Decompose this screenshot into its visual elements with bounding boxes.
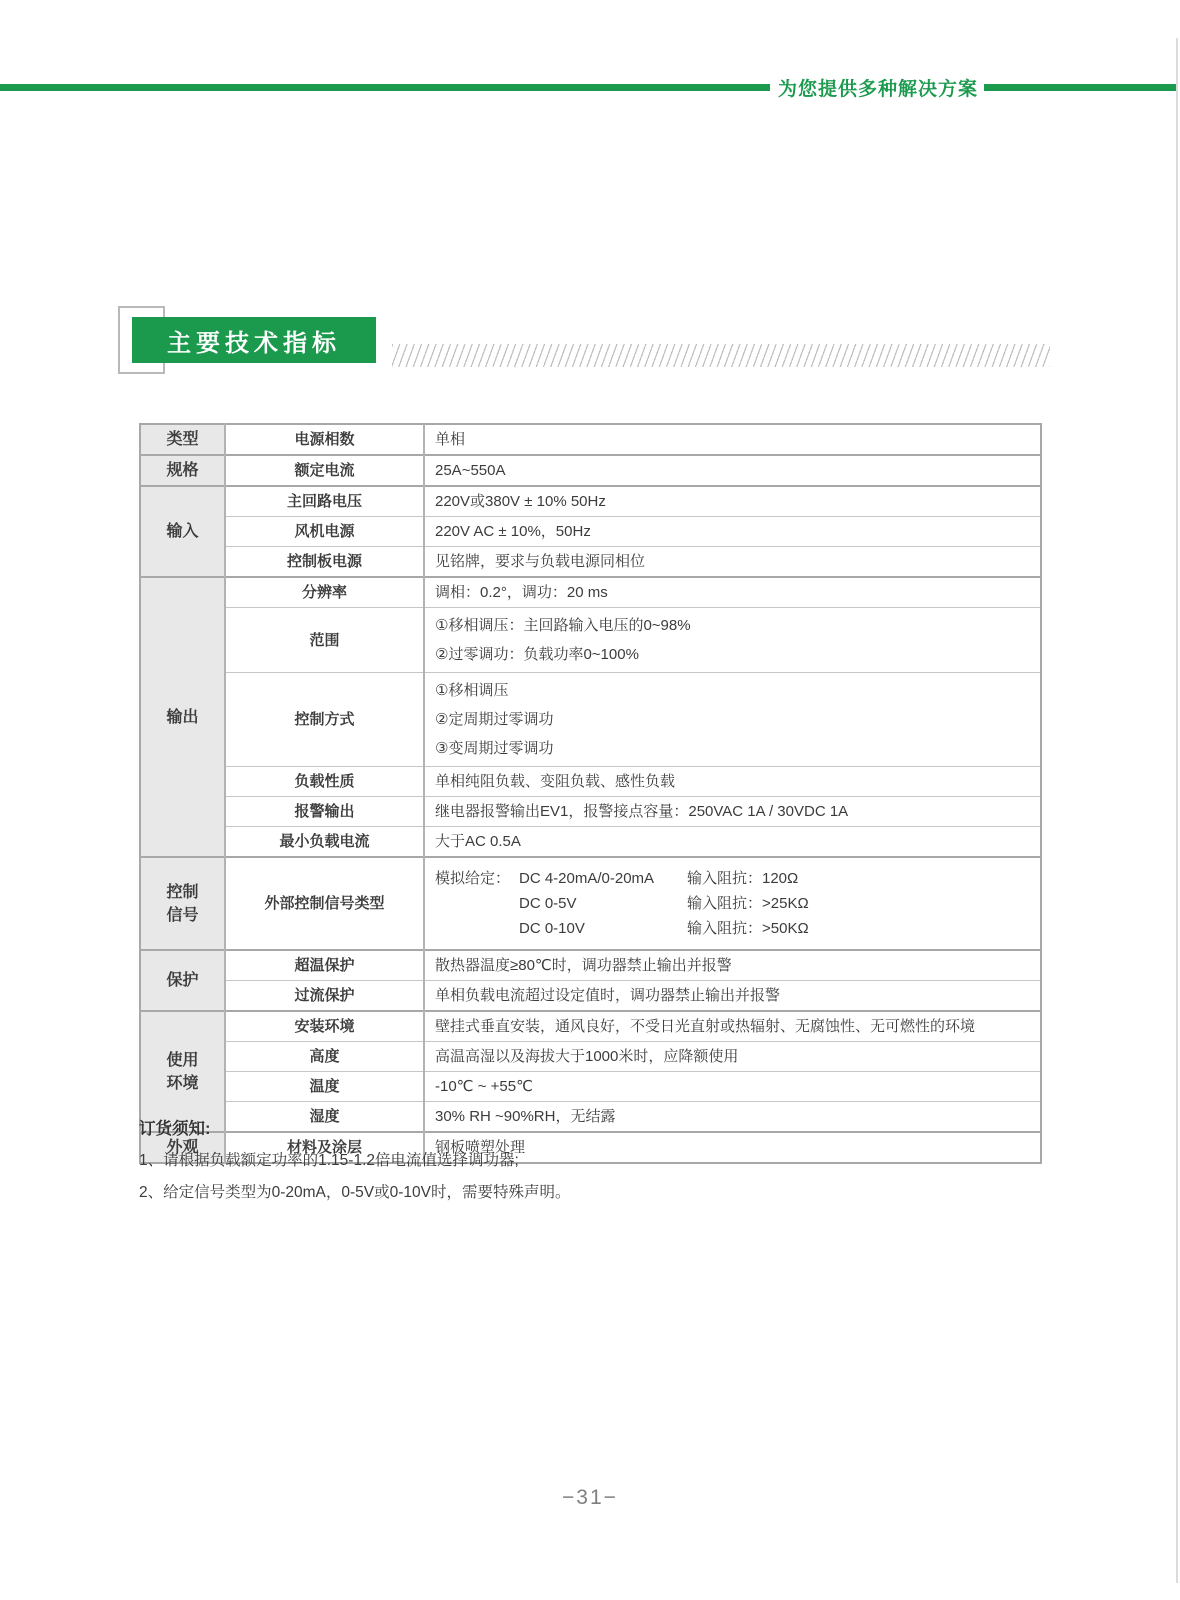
spec-row: 输入主回路电压220V或380V ± 10% 50Hz [140, 486, 1041, 517]
spec-row: 风机电源220V AC ± 10%，50Hz [140, 517, 1041, 547]
spec-param-cell: 超温保护 [225, 950, 424, 981]
spec-param-cell: 分辨率 [225, 577, 424, 608]
spec-param-cell: 高度 [225, 1042, 424, 1072]
spec-row: 最小负载电流大于AC 0.5A [140, 827, 1041, 858]
spec-param-cell: 报警输出 [225, 797, 424, 827]
spec-param-cell: 温度 [225, 1072, 424, 1102]
spec-param-cell: 外部控制信号类型 [225, 857, 424, 950]
spec-value-cell: 散热器温度≥80℃时，调功器禁止输出并报警 [424, 950, 1041, 981]
spec-group-cell: 输入 [140, 486, 225, 577]
spec-row: 过流保护单相负载电流超过设定值时，调功器禁止输出并报警 [140, 981, 1041, 1012]
signal-cell: 输入阻抗：>50KΩ [687, 916, 1030, 941]
spec-value-line: ②定周期过零调功 [435, 705, 1030, 734]
catalog-page: 为您提供多种解决方案 主要技术指标 类型电源相数单相规格额定电流25A~550A… [0, 0, 1180, 1600]
header-slogan: 为您提供多种解决方案 [778, 74, 978, 101]
signal-cell [435, 891, 519, 916]
spec-param-cell: 最小负载电流 [225, 827, 424, 858]
header-rule-left [0, 84, 770, 91]
spec-value-cell: 调相：0.2°，调功：20 ms [424, 577, 1041, 608]
spec-param-cell: 风机电源 [225, 517, 424, 547]
spec-value-cell: 见铭牌，要求与负载电源同相位 [424, 547, 1041, 578]
spec-param-cell: 控制方式 [225, 673, 424, 767]
spec-value-cell: 高温高湿以及海拔大于1000米时，应降额使用 [424, 1042, 1041, 1072]
signal-cell: DC 0-5V [519, 891, 687, 916]
spec-row: 范围①移相调压：主回路输入电压的0~98%②过零调功：负载功率0~100% [140, 608, 1041, 673]
spec-group-cell: 保护 [140, 950, 225, 1011]
spec-param-cell: 主回路电压 [225, 486, 424, 517]
spec-value-cell: 壁挂式垂直安装，通风良好，不受日光直射或热辐射、无腐蚀性、无可燃性的环境 [424, 1011, 1041, 1042]
header-rule-right [984, 84, 1176, 91]
spec-value-cell: 大于AC 0.5A [424, 827, 1041, 858]
spec-table-body: 类型电源相数单相规格额定电流25A~550A输入主回路电压220V或380V ±… [140, 424, 1041, 1163]
spec-param-cell: 安装环境 [225, 1011, 424, 1042]
spec-value-cell: -10℃ ~ +55℃ [424, 1072, 1041, 1102]
spec-value-line: ①移相调压：主回路输入电压的0~98% [435, 611, 1030, 640]
spec-row: 使用 环境安装环境壁挂式垂直安装，通风良好，不受日光直射或热辐射、无腐蚀性、无可… [140, 1011, 1041, 1042]
notes-title: 订货须知: [139, 1115, 1041, 1139]
spec-table: 类型电源相数单相规格额定电流25A~550A输入主回路电压220V或380V ±… [139, 423, 1042, 1164]
spec-param-cell: 负载性质 [225, 767, 424, 797]
spec-value-cell: 继电器报警输出EV1，报警接点容量：250VAC 1A / 30VDC 1A [424, 797, 1041, 827]
spec-param-cell: 电源相数 [225, 424, 424, 455]
signal-grid: 模拟给定：DC 4-20mA/0-20mA输入阻抗：120ΩDC 0-5V输入阻… [435, 861, 1030, 946]
spec-row: 控制 信号外部控制信号类型模拟给定：DC 4-20mA/0-20mA输入阻抗：1… [140, 857, 1041, 950]
spec-row: 高度高温高湿以及海拔大于1000米时，应降额使用 [140, 1042, 1041, 1072]
spec-param-cell: 过流保护 [225, 981, 424, 1012]
spec-param-cell: 控制板电源 [225, 547, 424, 578]
spec-row: 报警输出继电器报警输出EV1，报警接点容量：250VAC 1A / 30VDC … [140, 797, 1041, 827]
spec-value-cell: 单相负载电流超过设定值时，调功器禁止输出并报警 [424, 981, 1041, 1012]
spec-group-cell: 控制 信号 [140, 857, 225, 950]
spec-value-cell: 220V或380V ± 10% 50Hz [424, 486, 1041, 517]
spec-row: 规格额定电流25A~550A [140, 455, 1041, 486]
spec-row: 输出分辨率调相：0.2°，调功：20 ms [140, 577, 1041, 608]
spec-row: 类型电源相数单相 [140, 424, 1041, 455]
spec-param-cell: 额定电流 [225, 455, 424, 486]
spec-value-cell: 220V AC ± 10%，50Hz [424, 517, 1041, 547]
spec-value-cell: ①移相调压②定周期过零调功③变周期过零调功 [424, 673, 1041, 767]
spec-value-line: ②过零调功：负载功率0~100% [435, 640, 1030, 669]
note-item: 2、给定信号类型为0-20mA，0-5V或0-10V时，需要特殊声明。 [139, 1183, 1041, 1203]
spec-value-line: ①移相调压 [435, 676, 1030, 705]
spec-group-cell: 使用 环境 [140, 1011, 225, 1132]
hatch-decoration [392, 344, 1050, 367]
spec-value-cell: 模拟给定：DC 4-20mA/0-20mA输入阻抗：120ΩDC 0-5V输入阻… [424, 857, 1041, 950]
spec-row: 负载性质单相纯阻负载、变阻负载、感性负载 [140, 767, 1041, 797]
signal-cell: 输入阻抗：120Ω [687, 866, 1030, 891]
spec-value-cell: 25A~550A [424, 455, 1041, 486]
spec-param-cell: 范围 [225, 608, 424, 673]
signal-cell: DC 4-20mA/0-20mA [519, 866, 687, 891]
page-edge-line [1176, 38, 1178, 1583]
section-title-box: 主要技术指标 [132, 317, 376, 363]
spec-value-cell: ①移相调压：主回路输入电压的0~98%②过零调功：负载功率0~100% [424, 608, 1041, 673]
ordering-notes: 订货须知: 1、请根据负载额定功率的1.15-1.2倍电流值选择调功器;2、给定… [139, 1115, 1041, 1215]
section-title: 主要技术指标 [167, 323, 341, 358]
spec-group-cell: 输出 [140, 577, 225, 857]
spec-row: 保护超温保护散热器温度≥80℃时，调功器禁止输出并报警 [140, 950, 1041, 981]
page-number: −31− [0, 1486, 1180, 1510]
spec-row: 控制方式①移相调压②定周期过零调功③变周期过零调功 [140, 673, 1041, 767]
signal-cell: 模拟给定： [435, 866, 519, 891]
spec-group-cell: 类型 [140, 424, 225, 455]
notes-list: 1、请根据负载额定功率的1.15-1.2倍电流值选择调功器;2、给定信号类型为0… [139, 1151, 1041, 1203]
signal-cell: 输入阻抗：>25KΩ [687, 891, 1030, 916]
spec-row: 控制板电源见铭牌，要求与负载电源同相位 [140, 547, 1041, 578]
spec-value-cell: 单相纯阻负载、变阻负载、感性负载 [424, 767, 1041, 797]
spec-value-cell: 单相 [424, 424, 1041, 455]
note-item: 1、请根据负载额定功率的1.15-1.2倍电流值选择调功器; [139, 1151, 1041, 1171]
spec-row: 温度-10℃ ~ +55℃ [140, 1072, 1041, 1102]
signal-cell [435, 916, 519, 941]
spec-value-line: ③变周期过零调功 [435, 734, 1030, 763]
signal-cell: DC 0-10V [519, 916, 687, 941]
spec-group-cell: 规格 [140, 455, 225, 486]
